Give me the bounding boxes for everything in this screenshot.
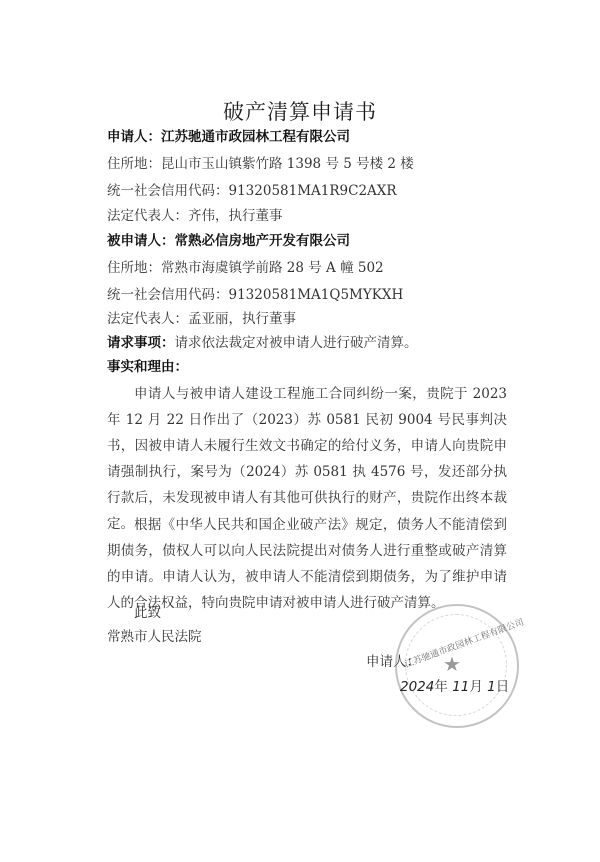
applicant-rep-label: 法定代表人： [107, 208, 188, 224]
respondent-name: 常熟必信房地产开发有限公司 [175, 233, 351, 249]
respondent-credit-line: 统一社会信用代码：91320581MA1Q5MYKXH [107, 285, 403, 305]
applicant-name: 江苏驰通市政园林工程有限公司 [161, 129, 350, 145]
respondent-rep: 孟亚丽，执行董事 [188, 311, 296, 327]
respondent-address-label: 住所地： [107, 260, 161, 276]
date-line: 2024年 11月 1日 [400, 677, 509, 697]
date-day: 1 [487, 679, 496, 695]
facts-heading: 事实和理由： [107, 357, 188, 377]
date-year: 2024 [400, 679, 434, 695]
applicant-rep: 齐伟，执行董事 [188, 208, 283, 224]
salutation: 此致 [134, 603, 161, 623]
court-name: 常熟市人民法院 [107, 627, 202, 647]
respondent-rep-label: 法定代表人： [107, 311, 188, 327]
date-month: 11 [452, 679, 469, 695]
document-page: 破产清算申请书 申请人：江苏驰通市政园林工程有限公司 住所地：昆山市玉山镇紫竹路… [0, 0, 600, 862]
applicant-address-label: 住所地： [107, 156, 161, 172]
respondent-address: 常熟市海虞镇学前路 28 号 A 幢 502 [161, 260, 384, 276]
facts-label: 事实和理由： [107, 359, 188, 375]
signer-line: 申请人： [366, 652, 420, 672]
request-label: 请求事项： [107, 335, 175, 351]
facts-paragraph-2: 根据《中华人民共和国企业破产法》规定，债务人不能清偿到期债务，债权人可以向人民法… [107, 512, 507, 616]
seal-star-icon: ★ [443, 652, 461, 676]
applicant-address: 昆山市玉山镇紫竹路 1398 号 5 号楼 2 楼 [161, 156, 414, 172]
applicant-line: 申请人：江苏驰通市政园林工程有限公司 [107, 127, 350, 147]
applicant-credit-code: 91320581MA1R9C2AXR [229, 183, 397, 199]
applicant-label: 申请人： [107, 129, 161, 145]
respondent-address-line: 住所地：常熟市海虞镇学前路 28 号 A 幢 502 [107, 258, 384, 278]
applicant-credit-label: 统一社会信用代码： [107, 183, 229, 199]
respondent-label: 被申请人： [107, 233, 175, 249]
applicant-rep-line: 法定代表人：齐伟，执行董事 [107, 206, 283, 226]
request-line: 请求事项：请求依法裁定对被申请人进行破产清算。 [107, 333, 418, 353]
respondent-credit-label: 统一社会信用代码： [107, 287, 229, 303]
applicant-address-line: 住所地：昆山市玉山镇紫竹路 1398 号 5 号楼 2 楼 [107, 154, 414, 174]
document-title: 破产清算申请书 [0, 96, 600, 126]
respondent-credit-code: 91320581MA1Q5MYKXH [229, 287, 404, 303]
date-year-suffix: 年 [434, 679, 448, 695]
signer-label: 申请人： [366, 654, 420, 670]
respondent-rep-line: 法定代表人：孟亚丽，执行董事 [107, 309, 296, 329]
respondent-line: 被申请人：常熟必信房地产开发有限公司 [107, 231, 350, 251]
request-text: 请求依法裁定对被申请人进行破产清算。 [175, 335, 418, 351]
date-month-suffix: 月 [469, 679, 483, 695]
applicant-credit-line: 统一社会信用代码：91320581MA1R9C2AXR [107, 181, 397, 201]
date-day-suffix: 日 [496, 679, 510, 695]
